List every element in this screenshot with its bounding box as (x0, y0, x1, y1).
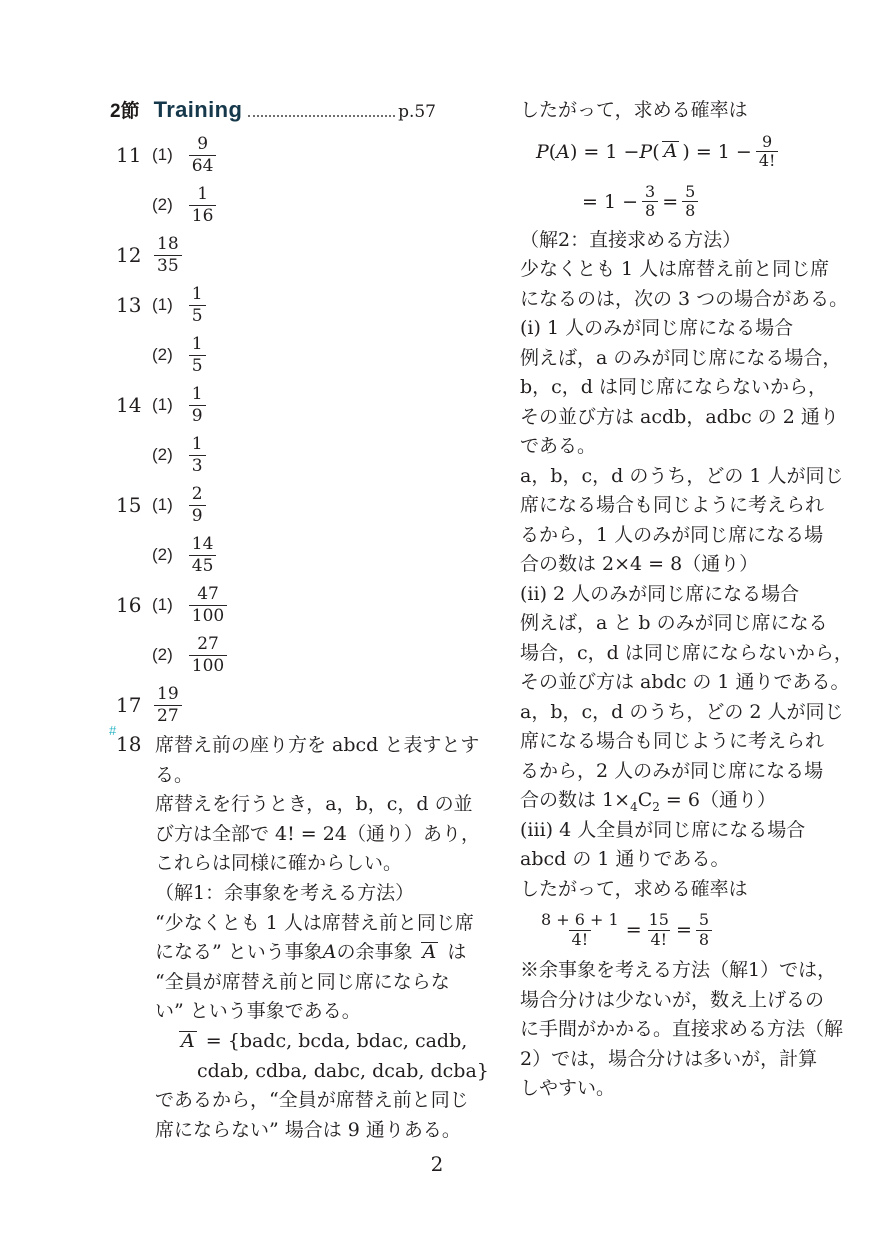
text-line: cdab, cdba, dabc, dcab, dcba} (197, 1057, 489, 1087)
text-line: び方は全部で 4! = 24（通り）あり， (155, 820, 489, 850)
answer-row: 16(1)47100 (110, 580, 450, 630)
answer-row: (2)15 (110, 330, 450, 380)
denominator: 4! (756, 151, 779, 170)
text-segment: ) = 1 − (682, 141, 751, 163)
fraction: 94! (756, 133, 779, 171)
page-reference: p.57 (398, 102, 436, 122)
formula-final: 8 + 6 + 14! = 154! = 58 (534, 904, 850, 956)
fraction: 1445 (189, 534, 217, 575)
numerator: 9 (759, 133, 775, 151)
text-line: 2）では，場合分けは多いが，計算 (520, 1045, 850, 1075)
text-line: その並び方は acdb，adbc の 2 通り (520, 403, 850, 433)
text-line: abcd の 1 通りである。 (520, 845, 850, 875)
text-line: したがって，求める確率は (520, 96, 850, 126)
combination-subscript: 4 (630, 800, 638, 814)
text-line: 席になる場合も同じように考えられ (520, 491, 850, 521)
denominator: 9 (189, 405, 206, 426)
text-line: 場合，c，d は同じ席にならないから， (520, 639, 850, 669)
denominator: 5 (189, 305, 206, 326)
numerator: 2 (189, 484, 206, 504)
part-label: (2) (152, 195, 173, 215)
numerator: 3 (642, 183, 658, 201)
fraction: 58 (696, 911, 712, 949)
numerator: 5 (696, 911, 712, 929)
section-number: 2節 (110, 96, 140, 123)
part-label: (1) (152, 145, 173, 165)
text-segment: の余事象 (337, 941, 419, 963)
text-line: になるのは，次の 3 つの場合がある。 (520, 285, 850, 315)
text-line: （解2：直接求める方法） (520, 226, 850, 256)
denominator: 8 (682, 201, 698, 220)
fraction: 15 (189, 334, 206, 375)
fraction: 15 (189, 284, 206, 325)
part-label: (1) (152, 295, 173, 315)
numerator: 5 (682, 183, 698, 201)
section-header: 2節 Training p.57 (110, 96, 436, 123)
text-line: 合の数は 2×4 = 8（通り） (520, 550, 850, 580)
part-label: (2) (152, 545, 173, 565)
answer-row: (2)1445 (110, 530, 450, 580)
denominator: 4! (569, 930, 592, 949)
combination-subscript: 2 (652, 800, 660, 814)
text-segment: ( (652, 141, 659, 163)
text-line: 席になる場合も同じように考えられ (520, 727, 850, 757)
text-line: “全員が席替え前と同じ席にならな (155, 968, 489, 998)
text-segment: = (626, 919, 642, 941)
denominator: 3 (189, 455, 206, 476)
part-label: (1) (152, 595, 173, 615)
text-line: 例えば，a のみが同じ席になる場合， (520, 344, 850, 374)
text-segment: = (662, 191, 678, 213)
text-line: A = {badc, bcda, bdac, cadb, (177, 1027, 489, 1057)
fraction: 58 (682, 183, 698, 221)
answer-row: 171927 (110, 680, 450, 730)
dotted-leader (248, 113, 395, 117)
text-line: である。 (520, 432, 850, 462)
answer-number: 18 (116, 732, 141, 756)
answer-row: (2)27100 (110, 630, 450, 680)
answer-number: 15 (110, 493, 152, 517)
answer-row: (2)13 (110, 430, 450, 480)
text-line: “少なくとも 1 人は席替え前と同じ席 (155, 909, 489, 939)
complement-event-symbol: A (662, 141, 680, 162)
numerator: 47 (194, 584, 222, 604)
denominator: 16 (189, 205, 217, 226)
answer-number: 17 (110, 693, 152, 717)
fraction: 38 (642, 183, 658, 221)
numerator: 9 (194, 134, 211, 154)
text-line: 席替えを行うとき，a，b，c，d の並 (155, 790, 489, 820)
math-variable: A (556, 141, 570, 163)
text-segment: = 6（通り） (660, 789, 776, 811)
numerator: 1 (189, 434, 206, 454)
section-title: Training (154, 97, 243, 123)
text-line: a，b，c，d のうち，どの 1 人が同じ (520, 462, 850, 492)
denominator: 8 (642, 201, 658, 220)
formula-result: = 1 − 38 = 58 (582, 178, 850, 226)
fraction: 13 (189, 434, 206, 475)
complement-event-symbol: A (179, 1031, 197, 1052)
text-line: (ii) 2 人のみが同じ席になる場合 (520, 580, 850, 610)
textbook-answer-page: 2節 Training p.57 11(1)964 (2)116 121835 … (0, 0, 874, 1240)
answer-number: 12 (110, 243, 152, 267)
answer-number: 13 (110, 293, 152, 317)
math-variable: A (323, 941, 337, 963)
fraction: 1835 (154, 234, 182, 275)
math-variable: P (536, 141, 549, 163)
part-label: (1) (152, 395, 173, 415)
combination-symbol: C (638, 789, 653, 811)
numerator: 19 (154, 684, 182, 704)
answer-row: 121835 (110, 230, 450, 280)
text-line: これらは同様に確からしい。 (155, 849, 489, 879)
fraction: 19 (189, 384, 206, 425)
answer-row: 15(1)29 (110, 480, 450, 530)
formula-probability: P(A) = 1 − P(A) = 1 − 94! (536, 126, 850, 178)
text-line: るから，1 人のみが同じ席になる場 (520, 521, 850, 551)
fraction: 8 + 6 + 14! (538, 911, 622, 949)
text-line: a，b，c，d のうち，どの 2 人が同じ (520, 698, 850, 728)
denominator: 4! (648, 930, 671, 949)
problem-18-text: 席替え前の座り方を abcd と表すとす る。 席替えを行うとき，a，b，c，d… (155, 731, 489, 1145)
answer-row: 14(1)19 (110, 380, 450, 430)
text-segment: になる” という事象 (155, 941, 323, 963)
fraction: 116 (189, 184, 217, 225)
denominator: 64 (189, 155, 217, 176)
text-line: るから，2 人のみが同じ席になる場 (520, 757, 850, 787)
text-line: ※余事象を考える方法（解1）では， (520, 956, 850, 986)
text-line: b，c，d は同じ席にならないから， (520, 373, 850, 403)
part-label: (2) (152, 345, 173, 365)
text-line: しやすい。 (520, 1074, 850, 1104)
denominator: 27 (154, 705, 182, 726)
denominator: 8 (696, 930, 712, 949)
part-label: (1) (152, 495, 173, 515)
fraction: 964 (189, 134, 217, 175)
numerator: 8 + 6 + 1 (538, 911, 622, 929)
fraction: 29 (189, 484, 206, 525)
fraction: 154! (646, 911, 672, 949)
answer-number: 16 (110, 593, 152, 617)
numerator: 1 (189, 334, 206, 354)
denominator: 35 (154, 255, 182, 276)
page-number: 2 (0, 1152, 874, 1176)
denominator: 9 (189, 505, 206, 526)
text-line: 少なくとも 1 人は席替え前と同じ席 (520, 255, 850, 285)
numerator: 27 (194, 634, 222, 654)
text-line: 合の数は 1×4C2 = 6（通り） (520, 786, 850, 816)
text-line: 例えば，a と b のみが同じ席になる (520, 609, 850, 639)
text-line: る。 (155, 761, 489, 791)
part-label: (2) (152, 645, 173, 665)
denominator: 5 (189, 355, 206, 376)
answer-row: 11(1)964 (110, 130, 450, 180)
part-label: (2) (152, 445, 173, 465)
text-segment: 合の数は 1× (520, 789, 630, 811)
text-line: になる” という事象Aの余事象 A は (155, 938, 489, 968)
text-line: （解1：余事象を考える方法） (155, 879, 489, 909)
text-line: したがって，求める確率は (520, 875, 850, 905)
math-variable: P (639, 141, 652, 163)
numerator: 1 (189, 284, 206, 304)
numerator: 15 (646, 911, 672, 929)
answer-row: (2)116 (110, 180, 450, 230)
text-segment: = 1 − (582, 191, 638, 213)
text-line: 席にならない” 場合は 9 通りある。 (155, 1116, 489, 1146)
text-line: その並び方は abdc の 1 通りである。 (520, 668, 850, 698)
denominator: 45 (189, 555, 217, 576)
answer-number: 11 (110, 143, 152, 167)
denominator: 100 (189, 605, 227, 626)
fraction: 47100 (189, 584, 227, 625)
numerator: 1 (194, 184, 211, 204)
complement-event-symbol: A (421, 942, 439, 963)
text-line: であるから，“全員が席替え前と同じ (155, 1086, 489, 1116)
text-segment: は (441, 941, 466, 963)
text-line: い” という事象である。 (155, 997, 489, 1027)
denominator: 100 (189, 655, 227, 676)
text-segment: = {badc, bcda, bdac, cadb, (200, 1030, 468, 1052)
problem-18: # 18 席替え前の座り方を abcd と表すとす る。 席替えを行うとき，a，… (110, 731, 489, 1145)
numerator: 14 (189, 534, 217, 554)
text-line: (iii) 4 人全員が同じ席になる場合 (520, 816, 850, 846)
text-segment: ) = 1 − (570, 141, 639, 163)
text-line: 席替え前の座り方を abcd と表すとす (155, 731, 489, 761)
numerator: 1 (189, 384, 206, 404)
fraction: 1927 (154, 684, 182, 725)
numerator: 18 (154, 234, 182, 254)
answer-list: 11(1)964 (2)116 121835 13(1)15 (2)15 14(… (110, 130, 450, 730)
answer-row: 13(1)15 (110, 280, 450, 330)
text-segment: = (676, 919, 692, 941)
text-line: (i) 1 人のみが同じ席になる場合 (520, 314, 850, 344)
right-column: したがって，求める確率は P(A) = 1 − P(A) = 1 − 94! =… (520, 96, 850, 1104)
answer-number: 14 (110, 393, 152, 417)
text-line: 場合分けは少ないが，数え上げるの (520, 986, 850, 1016)
text-line: に手間がかかる。直接求める方法（解 (520, 1015, 850, 1045)
fraction: 27100 (189, 634, 227, 675)
